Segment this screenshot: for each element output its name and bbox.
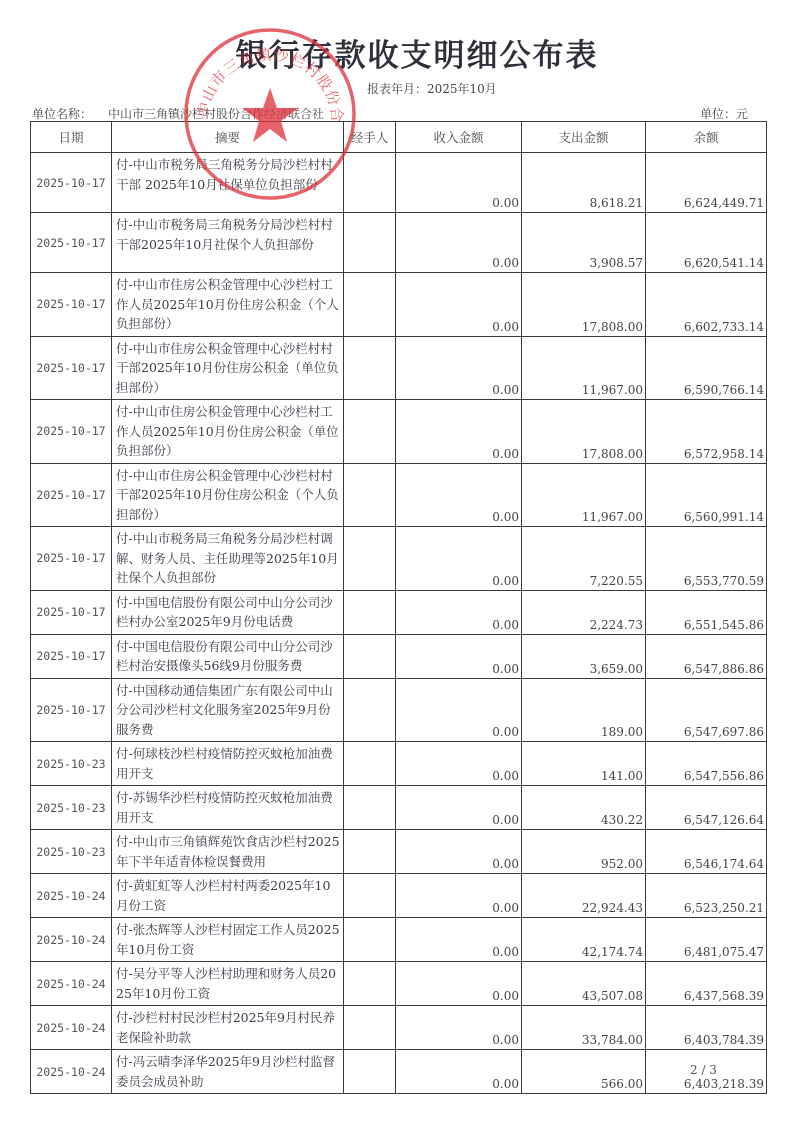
date-cell: 2025-10-17: [31, 527, 112, 591]
handler-cell: [344, 153, 396, 213]
balance-cell: 6,602,733.14: [646, 273, 767, 337]
balance-cell: 6,481,075.47: [646, 918, 767, 962]
expense-cell: 189.00: [522, 678, 646, 742]
expense-cell: 3,659.00: [522, 634, 646, 678]
income-cell: 0.00: [396, 830, 522, 874]
handler-cell: [344, 463, 396, 527]
date-cell: 2025-10-17: [31, 400, 112, 464]
income-cell: 0.00: [396, 742, 522, 786]
table-row: 2025-10-17付-中山市税务局三角税务分局沙栏村村干部 2025年10月社…: [31, 153, 767, 213]
date-cell: 2025-10-17: [31, 590, 112, 634]
table-row: 2025-10-24付-冯云晴李泽华2025年9月沙栏村监督委员会成员补助0.0…: [31, 1050, 767, 1094]
expense-cell: 17,808.00: [522, 273, 646, 337]
date-cell: 2025-10-23: [31, 830, 112, 874]
ledger-body: 2025-10-17付-中山市税务局三角税务分局沙栏村村干部 2025年10月社…: [31, 153, 767, 1094]
balance-cell: 6,553,770.59: [646, 527, 767, 591]
expense-cell: 11,967.00: [522, 463, 646, 527]
date-cell: 2025-10-23: [31, 742, 112, 786]
handler-cell: [344, 874, 396, 918]
summary-cell: 付-何球枝沙栏村疫情防控灭蚊枪加油费用开支: [112, 742, 344, 786]
table-row: 2025-10-17付-中国电信股份有限公司中山分公司沙栏村治安摄像头56线9月…: [31, 634, 767, 678]
income-cell: 0.00: [396, 213, 522, 273]
handler-cell: [344, 590, 396, 634]
handler-cell: [344, 1006, 396, 1050]
page-indicator: 2 / 3: [690, 1063, 717, 1077]
income-cell: 0.00: [396, 786, 522, 830]
income-cell: 0.00: [396, 1050, 522, 1094]
income-cell: 0.00: [396, 634, 522, 678]
handler-cell: [344, 336, 396, 400]
document-title: 银行存款收支明细公布表: [0, 30, 794, 75]
date-cell: 2025-10-24: [31, 962, 112, 1006]
handler-cell: [344, 213, 396, 273]
date-cell: 2025-10-24: [31, 1006, 112, 1050]
summary-cell: 付-中山市住房公积金管理中心沙栏村工作人员2025年10月份住房公积金（个人负担…: [112, 273, 344, 337]
summary-cell: 付-黄虹虹等人沙栏村村两委2025年10月份工资: [112, 874, 344, 918]
table-row: 2025-10-24付-张杰辉等人沙栏村固定工作人员2025年10月份工资0.0…: [31, 918, 767, 962]
table-row: 2025-10-24付-沙栏村村民沙栏村2025年9月村民养老保险补助款0.00…: [31, 1006, 767, 1050]
date-cell: 2025-10-24: [31, 1050, 112, 1094]
column-header-expense: 支出金额: [522, 122, 646, 153]
column-header-summary: 摘要: [112, 122, 344, 153]
expense-cell: 7,220.55: [522, 527, 646, 591]
expense-cell: 3,908.57: [522, 213, 646, 273]
summary-cell: 付-中国电信股份有限公司中山分公司沙栏村治安摄像头56线9月份服务费: [112, 634, 344, 678]
summary-cell: 付-吴分平等人沙栏村助理和财务人员2025年10月份工资: [112, 962, 344, 1006]
expense-cell: 566.00: [522, 1050, 646, 1094]
table-row: 2025-10-17付-中国电信股份有限公司中山分公司沙栏村办公室2025年9月…: [31, 590, 767, 634]
summary-cell: 付-中山市住房公积金管理中心沙栏村村干部2025年10月份住房公积金（个人负担部…: [112, 463, 344, 527]
report-period: 报表年月：2025年10月: [367, 80, 497, 97]
table-header-row: 日期 摘要 经手人 收入金额 支出金额 余额: [31, 122, 767, 153]
income-cell: 0.00: [396, 400, 522, 464]
expense-cell: 42,174.74: [522, 918, 646, 962]
table-row: 2025-10-24付-黄虹虹等人沙栏村村两委2025年10月份工资0.0022…: [31, 874, 767, 918]
date-cell: 2025-10-17: [31, 634, 112, 678]
handler-cell: [344, 527, 396, 591]
summary-cell: 付-中山市住房公积金管理中心沙栏村村干部2025年10月份住房公积金（单位负担部…: [112, 336, 344, 400]
unit-name: 中山市三角镇沙栏村股份合作经济联合社: [108, 105, 324, 122]
expense-cell: 8,618.21: [522, 153, 646, 213]
expense-cell: 952.00: [522, 830, 646, 874]
column-header-balance: 余额: [646, 122, 767, 153]
summary-cell: 付-冯云晴李泽华2025年9月沙栏村监督委员会成员补助: [112, 1050, 344, 1094]
date-cell: 2025-10-24: [31, 918, 112, 962]
balance-cell: 6,551,545.86: [646, 590, 767, 634]
handler-cell: [344, 400, 396, 464]
handler-cell: [344, 962, 396, 1006]
balance-cell: 6,547,556.86: [646, 742, 767, 786]
income-cell: 0.00: [396, 336, 522, 400]
table-row: 2025-10-17付-中山市住房公积金管理中心沙栏村工作人员2025年10月份…: [31, 273, 767, 337]
summary-cell: 付-中国电信股份有限公司中山分公司沙栏村办公室2025年9月份电话费: [112, 590, 344, 634]
table-row: 2025-10-17付-中山市税务局三角税务分局沙栏村调解、财务人员、主任助理等…: [31, 527, 767, 591]
summary-cell: 付-沙栏村村民沙栏村2025年9月村民养老保险补助款: [112, 1006, 344, 1050]
date-cell: 2025-10-17: [31, 463, 112, 527]
income-cell: 0.00: [396, 463, 522, 527]
expense-cell: 33,784.00: [522, 1006, 646, 1050]
table-row: 2025-10-17付-中山市住房公积金管理中心沙栏村村干部2025年10月份住…: [31, 336, 767, 400]
table-row: 2025-10-17付-中山市税务局三角税务分局沙栏村村干部2025年10月社保…: [31, 213, 767, 273]
balance-cell: 6,560,991.14: [646, 463, 767, 527]
column-header-income: 收入金额: [396, 122, 522, 153]
income-cell: 0.00: [396, 153, 522, 213]
handler-cell: [344, 273, 396, 337]
summary-cell: 付-苏锡华沙栏村疫情防控灭蚊枪加油费用开支: [112, 786, 344, 830]
date-cell: 2025-10-23: [31, 786, 112, 830]
income-cell: 0.00: [396, 590, 522, 634]
date-cell: 2025-10-17: [31, 336, 112, 400]
balance-cell: 6,546,174.64: [646, 830, 767, 874]
balance-cell: 6,523,250.21: [646, 874, 767, 918]
balance-cell: 6,547,886.86: [646, 634, 767, 678]
income-cell: 0.00: [396, 678, 522, 742]
column-header-handler: 经手人: [344, 122, 396, 153]
income-cell: 0.00: [396, 874, 522, 918]
handler-cell: [344, 1050, 396, 1094]
income-cell: 0.00: [396, 527, 522, 591]
date-cell: 2025-10-24: [31, 874, 112, 918]
table-row: 2025-10-23付-中山市三角镇辉苑饮食店沙栏村2025年下半年适青体检误餐…: [31, 830, 767, 874]
balance-cell: 6,590,766.14: [646, 336, 767, 400]
balance-cell: 6,547,697.86: [646, 678, 767, 742]
balance-cell: 6,624,449.71: [646, 153, 767, 213]
handler-cell: [344, 678, 396, 742]
handler-cell: [344, 918, 396, 962]
balance-cell: 6,547,126.64: [646, 786, 767, 830]
expense-cell: 17,808.00: [522, 400, 646, 464]
handler-cell: [344, 786, 396, 830]
summary-cell: 付-中山市税务局三角税务分局沙栏村村干部 2025年10月社保单位负担部份: [112, 153, 344, 213]
date-cell: 2025-10-17: [31, 213, 112, 273]
summary-cell: 付-中山市住房公积金管理中心沙栏村工作人员2025年10月份住房公积金（单位负担…: [112, 400, 344, 464]
summary-cell: 付-中山市税务局三角税务分局沙栏村调解、财务人员、主任助理等2025年10月社保…: [112, 527, 344, 591]
table-row: 2025-10-23付-苏锡华沙栏村疫情防控灭蚊枪加油费用开支0.00430.2…: [31, 786, 767, 830]
income-cell: 0.00: [396, 273, 522, 337]
summary-cell: 付-中山市税务局三角税务分局沙栏村村干部2025年10月社保个人负担部份: [112, 213, 344, 273]
table-row: 2025-10-17付-中国移动通信集团广东有限公司中山分公司沙栏村文化服务室2…: [31, 678, 767, 742]
balance-cell: 6,620,541.14: [646, 213, 767, 273]
income-cell: 0.00: [396, 962, 522, 1006]
handler-cell: [344, 830, 396, 874]
table-row: 2025-10-17付-中山市住房公积金管理中心沙栏村村干部2025年10月份住…: [31, 463, 767, 527]
expense-cell: 2,224.73: [522, 590, 646, 634]
expense-cell: 43,507.08: [522, 962, 646, 1006]
summary-cell: 付-中国移动通信集团广东有限公司中山分公司沙栏村文化服务室2025年9月份服务费: [112, 678, 344, 742]
balance-cell: 6,403,784.39: [646, 1006, 767, 1050]
column-header-date: 日期: [31, 122, 112, 153]
date-cell: 2025-10-17: [31, 153, 112, 213]
expense-cell: 430.22: [522, 786, 646, 830]
unit-name-label: 单位名称：: [32, 105, 92, 122]
currency-unit: 单位：元: [700, 105, 748, 122]
expense-cell: 141.00: [522, 742, 646, 786]
handler-cell: [344, 742, 396, 786]
ledger-table: 日期 摘要 经手人 收入金额 支出金额 余额 2025-10-17付-中山市税务…: [30, 121, 767, 1094]
summary-cell: 付-中山市三角镇辉苑饮食店沙栏村2025年下半年适青体检误餐费用: [112, 830, 344, 874]
table-row: 2025-10-17付-中山市住房公积金管理中心沙栏村工作人员2025年10月份…: [31, 400, 767, 464]
expense-cell: 22,924.43: [522, 874, 646, 918]
handler-cell: [344, 634, 396, 678]
income-cell: 0.00: [396, 918, 522, 962]
income-cell: 0.00: [396, 1006, 522, 1050]
balance-cell: 6,437,568.39: [646, 962, 767, 1006]
table-row: 2025-10-24付-吴分平等人沙栏村助理和财务人员2025年10月份工资0.…: [31, 962, 767, 1006]
date-cell: 2025-10-17: [31, 273, 112, 337]
balance-cell: 6,572,958.14: [646, 400, 767, 464]
table-row: 2025-10-23付-何球枝沙栏村疫情防控灭蚊枪加油费用开支0.00141.0…: [31, 742, 767, 786]
summary-cell: 付-张杰辉等人沙栏村固定工作人员2025年10月份工资: [112, 918, 344, 962]
date-cell: 2025-10-17: [31, 678, 112, 742]
expense-cell: 11,967.00: [522, 336, 646, 400]
